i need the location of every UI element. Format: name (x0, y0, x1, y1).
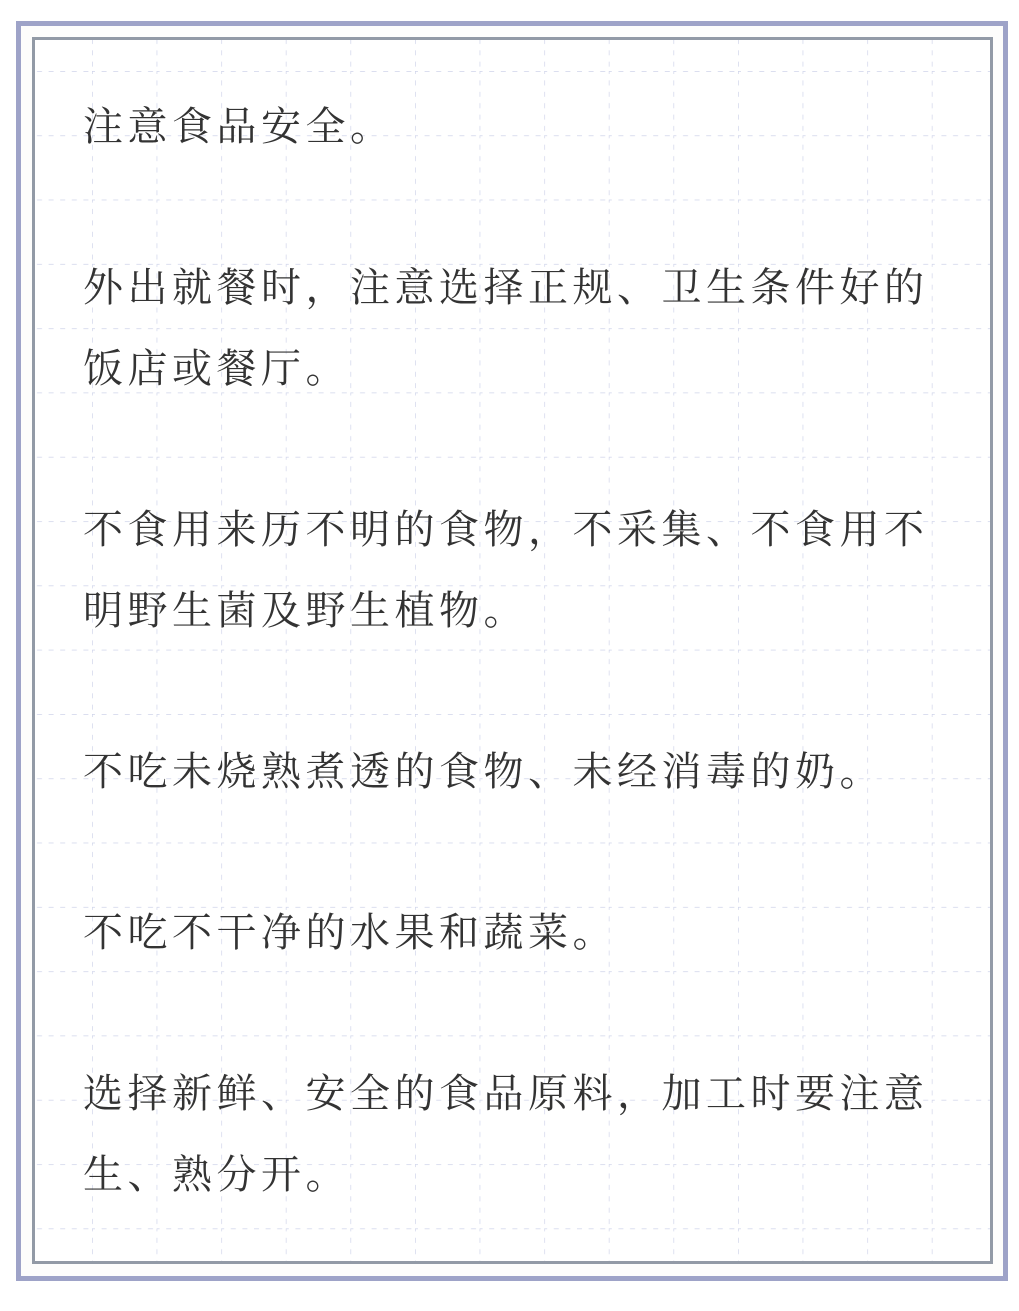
notebook-page: 注意食品安全。 外出就餐时，注意选择正规、卫生条件好的饭店或餐厅。 不食用来历不… (32, 37, 993, 1264)
paragraph-unclean-produce: 不吃不干净的水果和蔬菜。 (83, 893, 963, 974)
paragraph-undercooked-food: 不吃未烧熟煮透的食物、未经消毒的奶。 (83, 732, 963, 813)
document-body: 注意食品安全。 外出就餐时，注意选择正规、卫生条件好的饭店或餐厅。 不食用来历不… (83, 87, 963, 1216)
paragraph-dining-out: 外出就餐时，注意选择正规、卫生条件好的饭店或餐厅。 (83, 248, 963, 410)
paragraph-food-safety-heading: 注意食品安全。 (83, 87, 963, 168)
paragraph-fresh-ingredients: 选择新鲜、安全的食品原料，加工时要注意生、熟分开。 (83, 1054, 963, 1216)
paragraph-unknown-food: 不食用来历不明的食物，不采集、不食用不明野生菌及野生植物。 (83, 490, 963, 652)
